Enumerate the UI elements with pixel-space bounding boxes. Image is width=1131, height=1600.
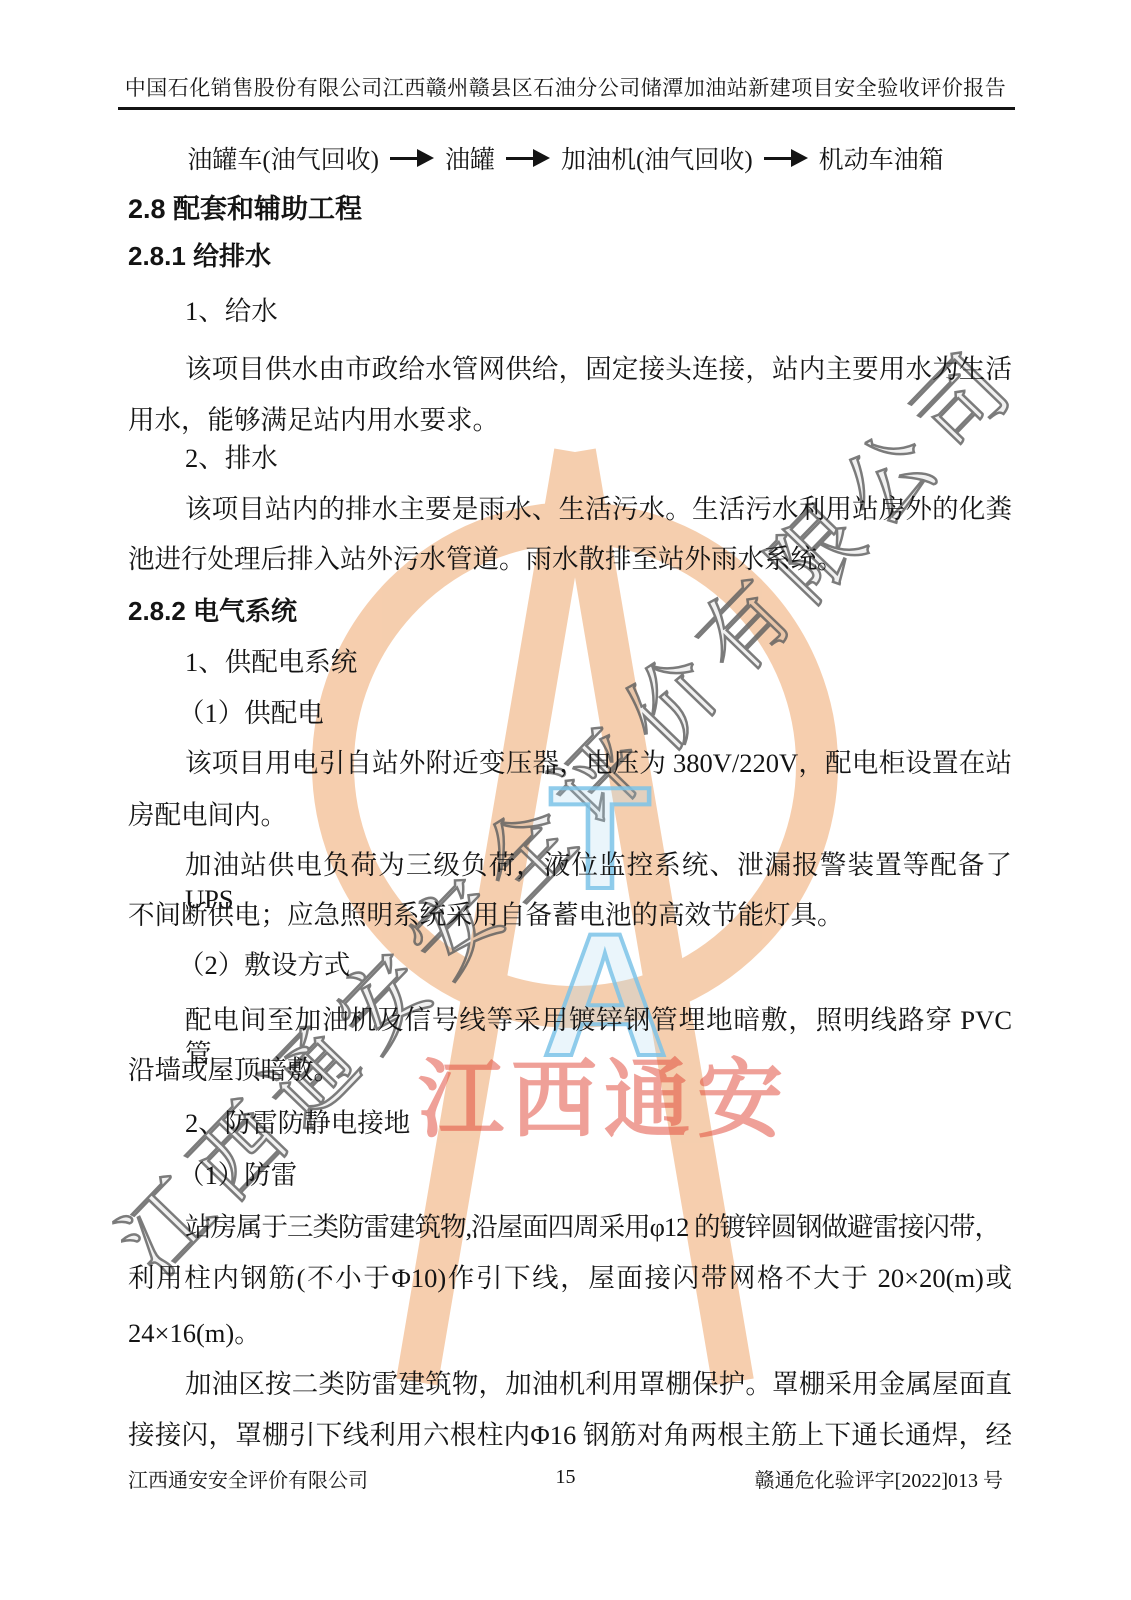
para-power-line-2: 房配电间内。 <box>128 798 287 832</box>
flow-arrow-icon <box>506 149 550 167</box>
para-water-supply-line-1: 该项目供水由市政给水管网供给，固定接头连接，站内主要用水为生活 <box>128 352 1012 386</box>
document-page: 江西通安安全评价有限公司 T A 江西通安 中国石化销售股份有限公司江西赣州赣县… <box>0 0 1131 1600</box>
footer-doc-number: 赣通危化验评字[2022]013 号 <box>755 1464 1003 1493</box>
para-power-line-1: 该项目用电引自站外附近变压器，电压为 380V/220V，配电柜设置在站 <box>128 746 1012 780</box>
header-rule <box>118 107 1015 110</box>
document-content: 中国石化销售股份有限公司江西赣州赣县区石油分公司储潭加油站新建项目安全验收评价报… <box>0 0 1131 1600</box>
flow-item-tanker: 油罐车(油气回收) <box>187 140 379 176</box>
para-canopy-line-1: 加油区按二类防雷建筑物，加油机利用罩棚保护。罩棚采用金属屋面直 <box>128 1367 1012 1401</box>
para-water-supply-line-2: 用水，能够满足站内用水要求。 <box>128 403 499 437</box>
subheading-water-supply: 1、给水 <box>128 294 278 328</box>
subheading-lightning: （1）防雷 <box>178 1158 297 1192</box>
para-lightning-line-1: 站房属于三类防雷建筑物,沿屋面四周采用φ12 的镀锌圆钢做避雷接闪带， <box>128 1210 1000 1244</box>
flow-arrow-icon <box>764 149 808 167</box>
heading-2-8: 2.8 配套和辅助工程 <box>128 192 362 226</box>
subheading-laying-method: （2）敷设方式 <box>178 948 350 982</box>
para-canopy-line-2: 接接闪，罩棚引下线利用六根柱内Φ16 钢筋对角两根主筋上下通长通焊，经 <box>128 1418 1012 1452</box>
subheading-power-system: 1、供配电系统 <box>128 645 357 679</box>
para-lightning-line-2: 利用柱内钢筋(不小于Φ10)作引下线，屋面接闪带网格不大于 20×20(m)或 <box>128 1261 1012 1295</box>
heading-2-8-1: 2.8.1 给排水 <box>128 239 271 273</box>
para-laying-line-2: 沿墙或屋顶暗敷。 <box>128 1053 340 1087</box>
flow-arrow-icon <box>390 149 434 167</box>
process-flow-line: 油罐车(油气回收) 油罐 加油机(油气回收) 机动车油箱 <box>0 140 1131 176</box>
para-ups-line-2: 不间断供电；应急照明系统采用自备蓄电池的高效节能灯具。 <box>128 898 844 932</box>
subheading-drainage: 2、排水 <box>128 441 278 475</box>
flow-item-vehicle-tank: 机动车油箱 <box>819 140 944 176</box>
subheading-lightning-grounding: 2、防雷防静电接地 <box>128 1106 410 1140</box>
para-drainage-line-1: 该项目站内的排水主要是雨水、生活污水。生活污水利用站房外的化粪 <box>128 492 1012 526</box>
para-lightning-line-3: 24×16(m)。 <box>128 1316 261 1350</box>
subheading-power-distribution: （1）供配电 <box>178 696 324 730</box>
para-drainage-line-2: 池进行处理后排入站外污水管道。雨水散排至站外雨水系统。 <box>128 542 844 576</box>
page-header-title: 中国石化销售股份有限公司江西赣州赣县区石油分公司储潭加油站新建项目安全验收评价报… <box>0 72 1131 102</box>
flow-item-tank: 油罐 <box>445 140 495 176</box>
heading-2-8-2: 2.8.2 电气系统 <box>128 594 297 628</box>
flow-item-dispenser: 加油机(油气回收) <box>561 140 753 176</box>
